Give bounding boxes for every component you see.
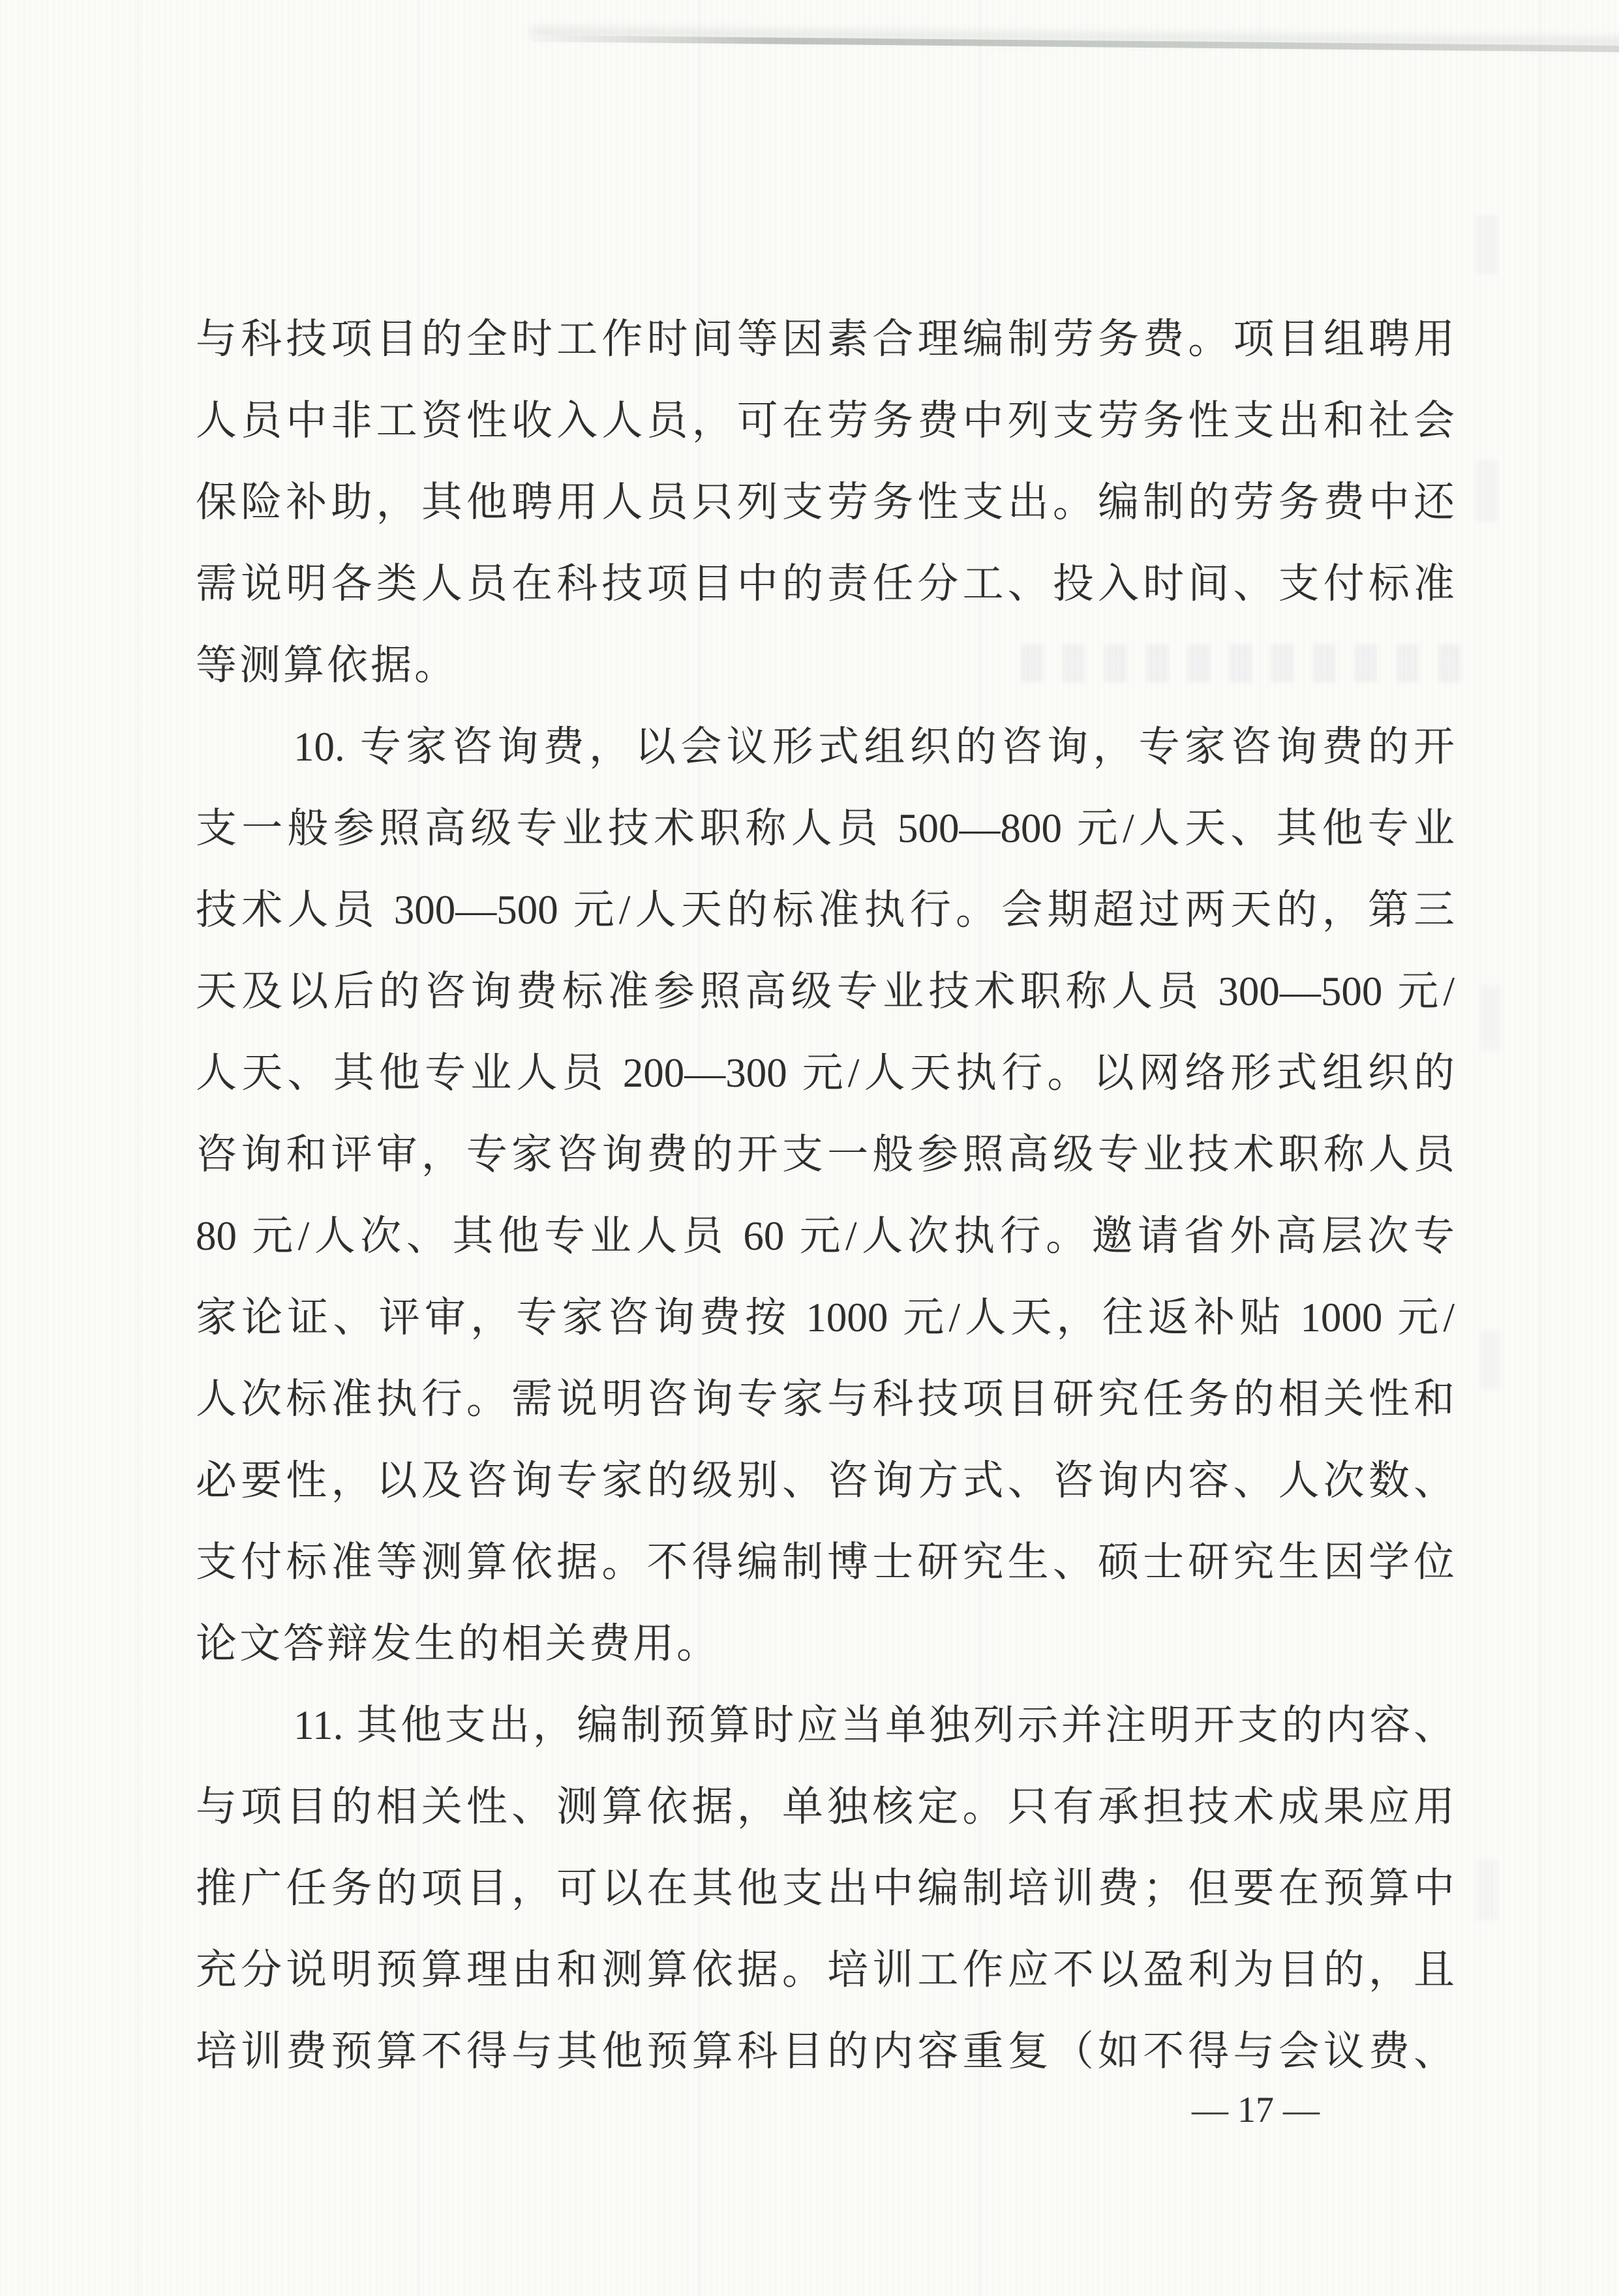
text-line: 等测算依据。 bbox=[196, 625, 1455, 706]
text-line: 培训费预算不得与其他预算科目的内容重复（如不得与会议费、 bbox=[196, 2011, 1455, 2092]
text-line: 论文答辩发生的相关费用。 bbox=[196, 1603, 1455, 1685]
text-line: 10. 专家咨询费，以会议形式组织的咨询，专家咨询费的开 bbox=[196, 706, 1455, 788]
document-body-text: 与科技项目的全时工作时间等因素合理编制劳务费。项目组聘用 人员中非工资性收入人员… bbox=[196, 299, 1455, 2092]
text-line: 支付标准等测算依据。不得编制博士研究生、硕士研究生因学位 bbox=[196, 1522, 1455, 1603]
text-line: 保险补助，其他聘用人员只列支劳务性支出。编制的劳务费中还 bbox=[196, 462, 1455, 543]
text-line: 充分说明预算理由和测算依据。培训工作应不以盈利为目的，且 bbox=[196, 1929, 1455, 2011]
text-line: 支一般参照高级专业技术职称人员 500—800 元/人天、其他专业 bbox=[196, 788, 1455, 869]
text-line: 与科技项目的全时工作时间等因素合理编制劳务费。项目组聘用 bbox=[196, 299, 1455, 380]
text-line: 技术人员 300—500 元/人天的标准执行。会期超过两天的，第三 bbox=[196, 869, 1455, 951]
text-line: 11. 其他支出，编制预算时应当单独列示并注明开支的内容、 bbox=[196, 1685, 1455, 1766]
text-line: 家论证、评审，专家咨询费按 1000 元/人天，往返补贴 1000 元/ bbox=[196, 1277, 1455, 1359]
text-line: 天及以后的咨询费标准参照高级专业技术职称人员 300—500 元/ bbox=[196, 951, 1455, 1033]
bleed-through-artifact bbox=[1479, 1331, 1515, 1389]
text-line: 需说明各类人员在科技项目中的责任分工、投入时间、支付标准 bbox=[196, 543, 1455, 625]
text-line: 与项目的相关性、测算依据，单独核定。只有承担技术成果应用 bbox=[196, 1766, 1455, 1848]
bleed-through-artifact bbox=[1475, 215, 1515, 274]
page-number: — 17 — bbox=[1168, 2087, 1344, 2133]
scan-edge-artifact bbox=[532, 35, 1619, 52]
text-line: 人员中非工资性收入人员，可在劳务费中列支劳务性支出和社会 bbox=[196, 380, 1455, 462]
bleed-through-artifact bbox=[1475, 1859, 1515, 1921]
bleed-through-artifact bbox=[1475, 460, 1515, 522]
text-line: 人次标准执行。需说明咨询专家与科技项目研究任务的相关性和 bbox=[196, 1359, 1455, 1440]
text-line: 必要性，以及咨询专家的级别、咨询方式、咨询内容、人次数、 bbox=[196, 1440, 1455, 1522]
text-line: 80 元/人次、其他专业人员 60 元/人次执行。邀请省外高层次专 bbox=[196, 1196, 1455, 1277]
bleed-through-artifact bbox=[1479, 985, 1515, 1050]
text-line: 人天、其他专业人员 200—300 元/人天执行。以网络形式组织的 bbox=[196, 1033, 1455, 1114]
scanned-document-page: 与科技项目的全时工作时间等因素合理编制劳务费。项目组聘用 人员中非工资性收入人员… bbox=[0, 0, 1619, 2296]
text-line: 咨询和评审，专家咨询费的开支一般参照高级专业技术职称人员 bbox=[196, 1114, 1455, 1196]
text-line: 推广任务的项目，可以在其他支出中编制培训费；但要在预算中 bbox=[196, 1848, 1455, 1929]
